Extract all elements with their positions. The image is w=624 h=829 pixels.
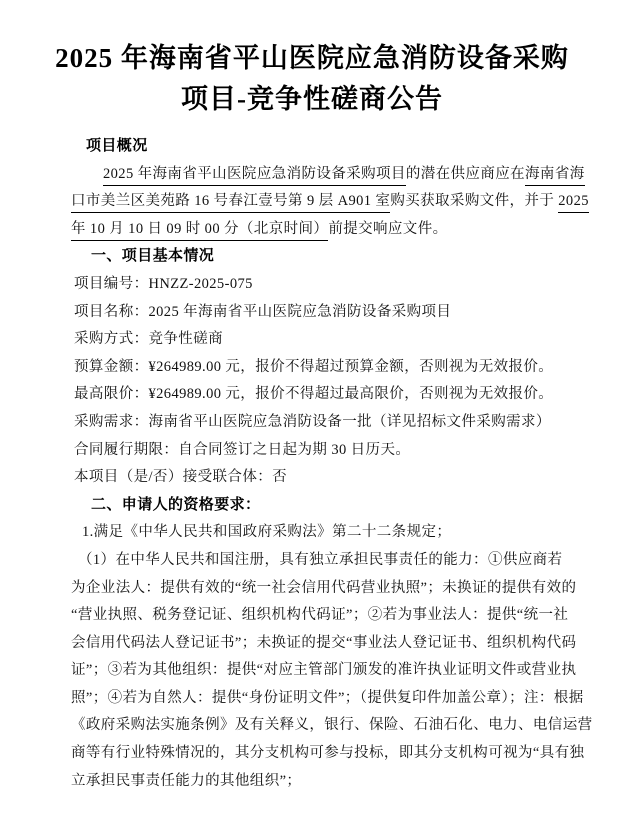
overview-paragraph: 2025 年海南省平山医院应急消防设备采购项目的潜在供应商应在海南省海口市美兰区… [71,161,590,244]
text-segment: 的潜在供应商应在 [406,166,525,182]
text-line: 照”；④若为自然人：提供“身份证明文件”；（提供复印件加盖公章）；注：根据 [71,685,590,713]
qualification-continuation-lines: 为企业法人：提供有效的“统一社会信用代码营业执照”；未换证的提供有效的“营业执照… [71,575,590,796]
text-segment: 前提交响应文件。 [328,221,447,237]
section2-heading: 二、申请人的资格要求： [91,492,590,520]
text-line: 2025 年海南省平山医院应急消防设备采购项目的潜在供应商应在海南省海 [103,161,590,189]
section1-basic-info-lines: 项目编号：HNZZ-2025-075项目名称：2025 年海南省平山医院应急消防… [71,271,590,492]
text-line: “营业执照、税务登记证、组织机构代码证”；②若为事业法人：提供“统一社 [71,602,590,630]
text-line: 为企业法人：提供有效的“统一社会信用代码营业执照”；未换证的提供有效的 [71,575,590,603]
text-line: 最高限价：¥264989.00 元，报价不得超过最高限价，否则视为无效报价。 [74,381,590,409]
qualification-rule-line: 1.满足《中华人民共和国政府采购法》第二十二条规定； [82,519,590,547]
underlined-text-segment: 海南省海 [525,166,585,186]
text-line: 采购方式：竞争性磋商 [74,326,590,354]
underlined-text-segment: 年 10 月 10 日 09 时 00 分（北京时间） [71,221,328,241]
text-line: 项目编号：HNZZ-2025-075 [74,271,590,299]
underlined-text-segment: 口市美兰区美苑路 16 号春江壹号第 9 层 A901 室 [71,193,390,213]
text-line: 立承担民事责任能力的其他组织”； [71,768,590,796]
text-line: 口市美兰区美苑路 16 号春江壹号第 9 层 A901 室购买获取采购文件，并于… [71,188,590,216]
title-line-2: 项目-竞争性磋商公告 [0,79,624,120]
document-title: 2025 年海南省平山医院应急消防设备采购 项目-竞争性磋商公告 [0,0,624,120]
underlined-text-segment: 2025 [558,193,589,213]
text-line: 商等有行业特殊情况的，其分支机构可参与投标，即其分支机构可视为“具有独 [71,740,590,768]
underlined-text-segment: 2025 年海南省平山医院应急消防设备采购项目 [103,166,406,186]
text-line: 会信用代码法人登记证书”；未换证的提交“事业法人登记证书、组织机构代码 [71,630,590,658]
section1-heading: 一、项目基本情况 [91,243,590,271]
text-segment: 购买获取采购文件，并于 [390,193,558,209]
text-line: 本项目（是/否）接受联合体：否 [74,464,590,492]
title-line-1: 2025 年海南省平山医院应急消防设备采购 [0,38,624,79]
overview-heading: 项目概况 [86,133,590,161]
text-line: 合同履行期限：自合同签订之日起为期 30 日历天。 [74,437,590,465]
text-line: 项目名称：2025 年海南省平山医院应急消防设备采购项目 [74,299,590,327]
text-line: 预算金额：¥264989.00 元，报价不得超过预算金额，否则视为无效报价。 [74,354,590,382]
text-line: 年 10 月 10 日 09 时 00 分（北京时间）前提交响应文件。 [71,216,590,244]
document-page: 2025 年海南省平山医院应急消防设备采购 项目-竞争性磋商公告 项目概况 20… [0,0,624,829]
qualification-item1-first-line: （1）在中华人民共和国注册，具有独立承担民事责任的能力：①供应商若 [78,547,590,575]
text-line: 采购需求：海南省平山医院应急消防设备一批（详见招标文件采购需求） [74,409,590,437]
text-line: 《政府采购法实施条例》及有关释义，银行、保险、石油石化、电力、电信运营 [71,712,590,740]
text-line: 证”；③若为其他组织：提供“对应主管部门颁发的准许执业证明文件或营业执 [71,657,590,685]
document-body: 项目概况 2025 年海南省平山医院应急消防设备采购项目的潜在供应商应在海南省海… [71,133,590,795]
